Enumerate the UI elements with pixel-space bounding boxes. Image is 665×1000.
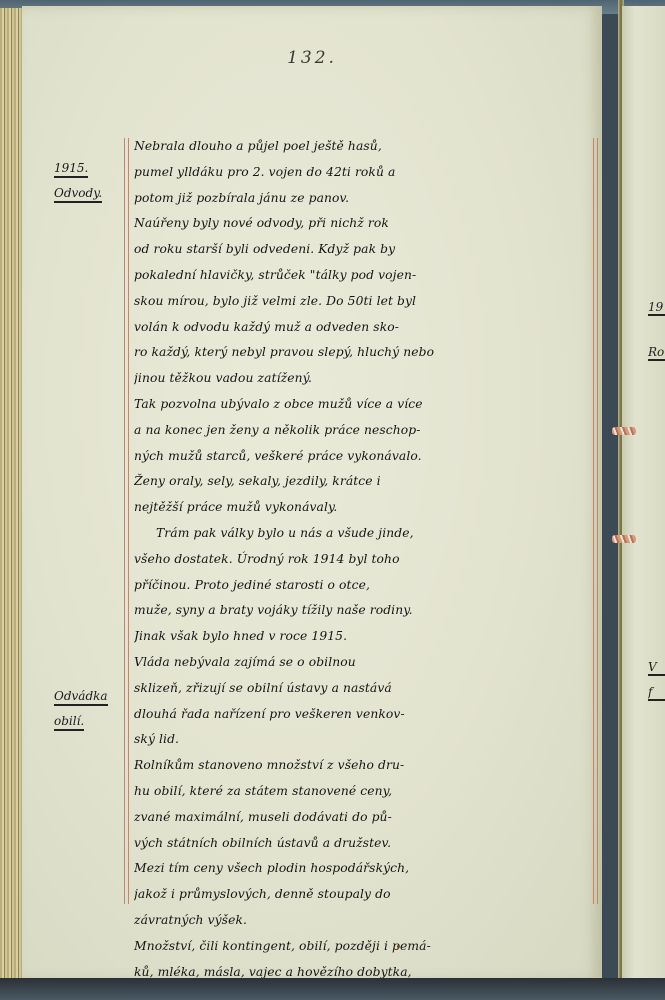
text-line: závratných výšek. — [134, 908, 596, 934]
text-line: muže, syny a braty vojáky tížily naše ro… — [134, 598, 596, 624]
page-number: 132. — [22, 48, 602, 68]
handwritten-body: Nebrala dlouho a půjel poel ještě hasů, … — [134, 134, 596, 985]
left-margin-rule — [124, 138, 129, 904]
text-line: skou mírou, bylo již velmi zle. Do 50ti … — [134, 289, 596, 315]
next-page-fragment: f — [648, 685, 665, 701]
text-line: zvané maximální, museli dodávati do pů- — [134, 805, 596, 831]
text-line: volán k odvodu každý muž a odveden sko- — [134, 315, 596, 341]
text-line: Tak pozvolna ubývalo z obce mužů více a … — [134, 392, 596, 418]
text-line: Ženy oraly, sely, sekaly, jezdily, krátc… — [134, 469, 596, 495]
text-line: Rolníkům stanoveno množství z všeho dru- — [134, 753, 596, 779]
text-line: ský lid. — [134, 727, 596, 753]
text-line: sklizeň, zřizují se obilní ústavy a nast… — [134, 676, 596, 702]
margin-note-grain: Odvádka obilí. — [54, 689, 124, 739]
next-page-fragment: Ro — [648, 345, 665, 361]
text-line: Jinak však bylo hned v roce 1915. — [134, 624, 596, 650]
text-line: potom již pozbírala jánu ze panov. — [134, 186, 596, 212]
next-page-edge — [622, 6, 665, 981]
next-page-fragment: 19 — [648, 300, 665, 316]
text-line: nejtěžší práce mužů vykonávaly. — [134, 495, 596, 521]
text-line: dlouhá řada nařízení pro veškeren venkov… — [134, 702, 596, 728]
text-line: Trám pak války bylo u nás a všude jinde, — [134, 521, 596, 547]
ink-speck — [397, 945, 400, 948]
margin-note-line: obilí. — [54, 714, 84, 731]
margin-note-line: Odvody. — [54, 186, 102, 203]
background-bottom — [0, 978, 665, 1000]
text-line: příčinou. Proto jediné starosti o otce, — [134, 573, 596, 599]
margin-note-year: 1915. Odvody. — [54, 161, 124, 211]
text-line: pokalední hlavičky, strůček "tálky pod v… — [134, 263, 596, 289]
text-line: Mezi tím ceny všech plodin hospodářských… — [134, 856, 596, 882]
text-line: jinou těžkou vadou zatížený. — [134, 366, 596, 392]
text-line: a na konec jen ženy a několik práce nesc… — [134, 418, 596, 444]
text-line: hu obilí, které za státem stanovené ceny… — [134, 779, 596, 805]
text-line: pumel ylldáku pro 2. vojen do 42ti roků … — [134, 160, 596, 186]
text-line: vých státních obilních ústavů a družstev… — [134, 831, 596, 857]
text-line: ro každý, který nebyl pravou slepý, hluc… — [134, 340, 596, 366]
text-line: ných mužů starců, veškeré práce vykonáva… — [134, 444, 596, 470]
text-line: od roku starší byli odvedeni. Když pak b… — [134, 237, 596, 263]
binding-stitch — [612, 535, 636, 543]
next-page-fragment: V — [648, 660, 665, 676]
document-page: 132. 1915. Odvody. Odvádka obilí. Nebral… — [22, 6, 602, 981]
text-line: Naúřeny byly nové odvody, při nichž rok — [134, 211, 596, 237]
text-line: Nebrala dlouho a půjel poel ještě hasů, — [134, 134, 596, 160]
text-line: všeho dostatek. Úrodný rok 1914 byl toho — [134, 547, 596, 573]
binding-stitch — [612, 427, 636, 435]
text-line: Množství, čili kontingent, obilí, pozděj… — [134, 934, 596, 960]
margin-note-line: 1915. — [54, 161, 88, 178]
text-line: jakož i průmyslových, denně stoupaly do — [134, 882, 596, 908]
margin-note-line: Odvádka — [54, 689, 108, 706]
text-line: Vláda nebývala zajímá se o obilnou — [134, 650, 596, 676]
